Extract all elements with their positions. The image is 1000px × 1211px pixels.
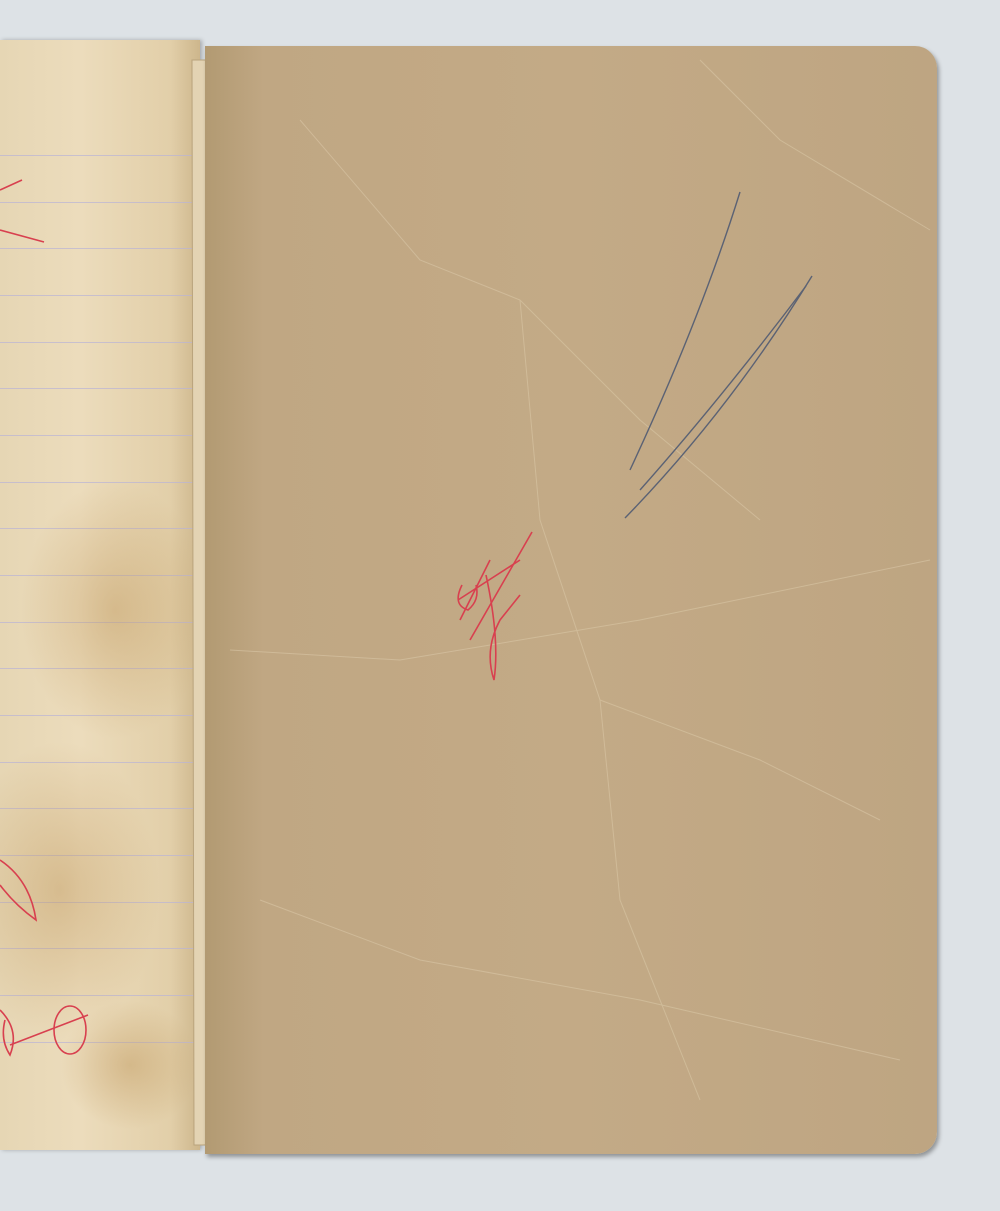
markings <box>0 0 1000 1211</box>
crease-lines <box>230 60 930 1100</box>
pencil-strokes-icon <box>625 192 812 518</box>
left-page-red-marks <box>0 180 88 1055</box>
red-scribble-icon <box>458 532 532 680</box>
notebook-photo <box>0 0 1000 1211</box>
